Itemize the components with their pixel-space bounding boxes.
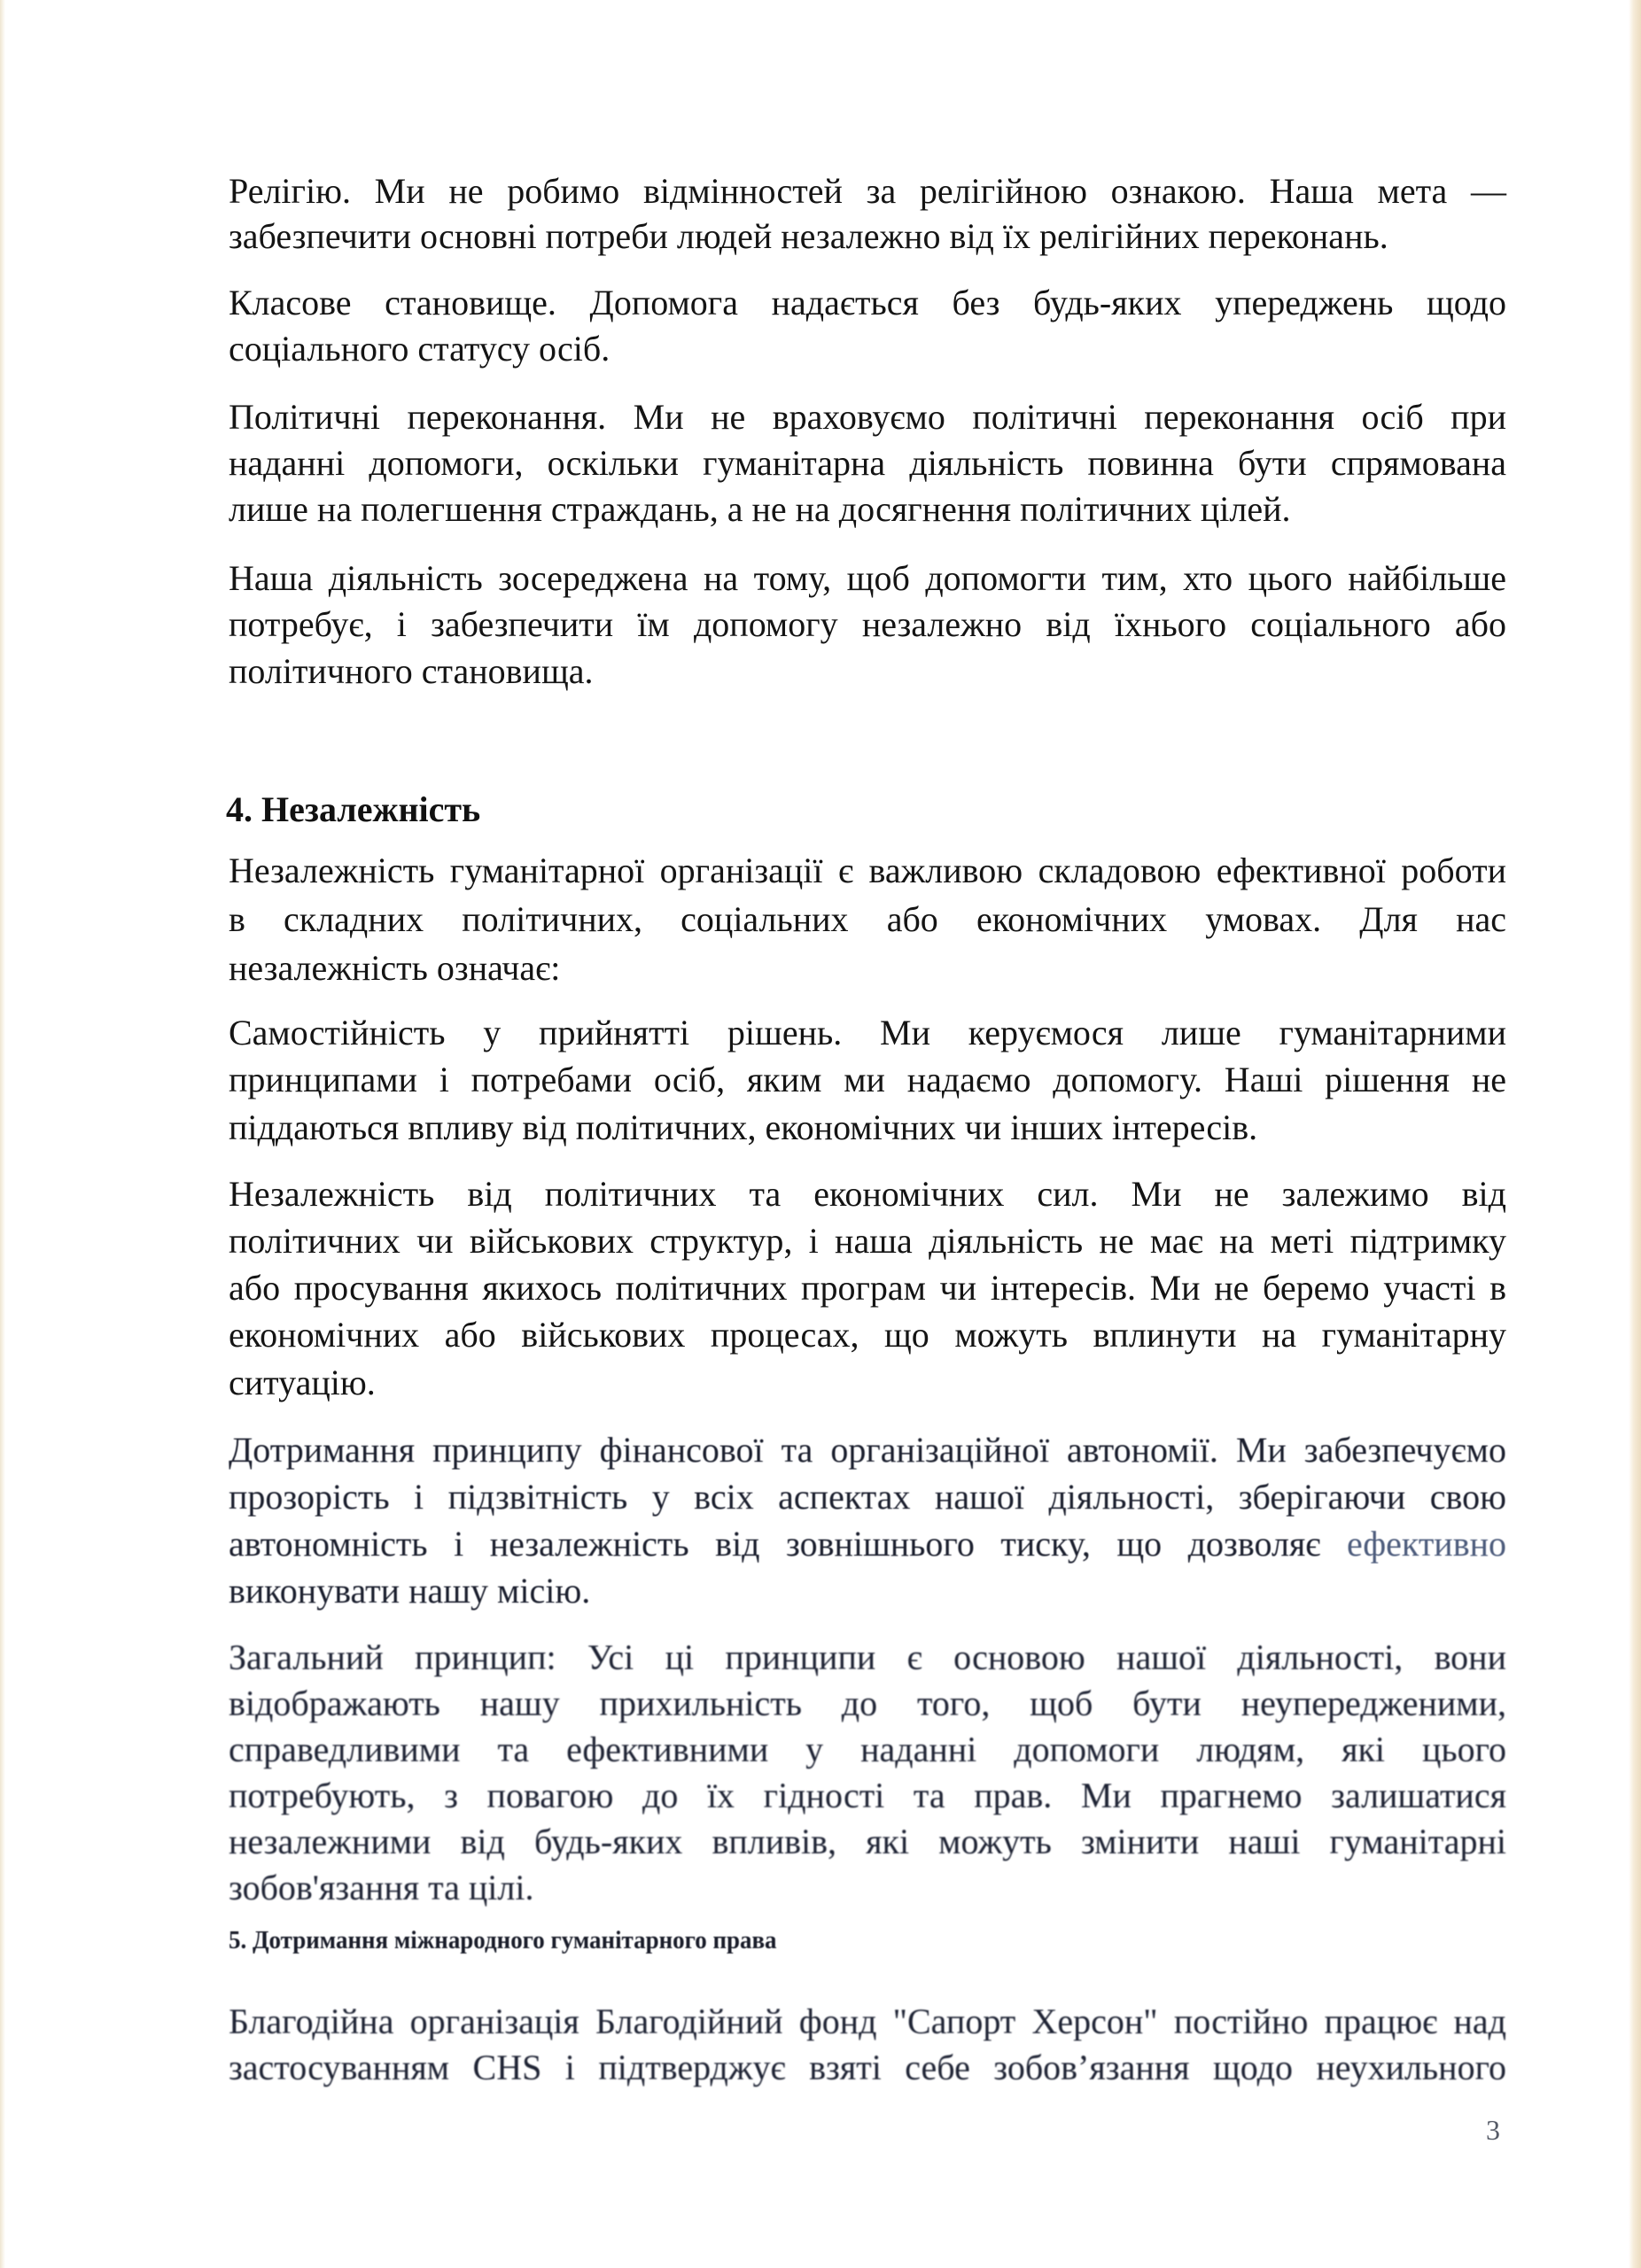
general-principle-line: Загальний принцип: Усі ці принципи є осн… <box>229 1640 1506 1675</box>
independence-forces-line: Незалежність від політичних та економічн… <box>229 1177 1506 1212</box>
section-4-intro-line: незалежність означає: <box>229 951 1506 986</box>
financial-autonomy-line: прозорість і підзвітність у всіх аспекта… <box>229 1480 1506 1515</box>
section-5-body-line: Благодійна організація Благодійний фонд … <box>229 2004 1506 2039</box>
paragraph-focus-line: політичного становища. <box>229 654 1506 689</box>
general-principle-line: відображають нашу прихильність до того, … <box>229 1686 1506 1721</box>
independence-forces-line: ситуацію. <box>229 1365 1506 1401</box>
general-principle-line: справедливими та ефективними у наданні д… <box>229 1732 1506 1767</box>
section-5-heading: 5. Дотримання міжнародного гуманітарного… <box>229 1928 777 1953</box>
paragraph-religion-line: Релігію. Ми не робимо відмінностей за ре… <box>229 174 1506 209</box>
paragraph-class-line: Класове становище. Допомога надається бе… <box>229 285 1506 321</box>
section-4-intro-line: в складних політичних, соціальних або ек… <box>229 902 1506 937</box>
paragraph-political-line: лише на полегшення страждань, а не на до… <box>229 492 1506 527</box>
paragraph-political-line: наданні допомоги, оскільки гуманітарна д… <box>229 446 1506 481</box>
financial-autonomy-text: автономність і незалежність від зовнішнь… <box>229 1524 1347 1564</box>
financial-autonomy-tinted-word: ефективно <box>1347 1524 1506 1564</box>
page-number: 3 <box>1486 2116 1500 2144</box>
financial-autonomy-line: автономність і незалежність від зовнішнь… <box>229 1526 1506 1562</box>
autonomy-line: піддаються впливу від політичних, економ… <box>229 1110 1506 1146</box>
financial-autonomy-line: виконувати нашу місію. <box>229 1573 1506 1609</box>
section-4-intro-line: Незалежність гуманітарної організації є … <box>229 853 1506 889</box>
paragraph-political-line: Політичні переконання. Ми не враховуємо … <box>229 400 1506 435</box>
general-principle-line: незалежними від будь-яких впливів, які м… <box>229 1824 1506 1860</box>
paragraph-focus-line: потребує, і забезпечити їм допомогу неза… <box>229 607 1506 642</box>
document-page: Релігію. Ми не робимо відмінностей за ре… <box>0 0 1641 2268</box>
paragraph-religion-line: забезпечити основні потреби людей незале… <box>229 219 1506 254</box>
general-principle-line: потребують, з повагою до їх гідності та … <box>229 1778 1506 1814</box>
autonomy-line: принципами і потребами осіб, яким ми над… <box>229 1062 1506 1098</box>
independence-forces-line: політичних чи військових структур, і наш… <box>229 1223 1506 1259</box>
financial-autonomy-line: Дотримання принципу фінансової та органі… <box>229 1433 1506 1468</box>
paragraph-class-line: соціального статусу осіб. <box>229 331 1506 367</box>
general-principle-line: зобов'язання та цілі. <box>229 1870 1506 1906</box>
section-5-body-line: застосуванням CHS і підтверджує взяті се… <box>229 2050 1506 2085</box>
independence-forces-line: або просування якихось політичних програ… <box>229 1270 1506 1306</box>
section-4-heading: 4. Незалежність <box>226 792 480 827</box>
paragraph-focus-line: Наша діяльність зосереджена на тому, щоб… <box>229 561 1506 596</box>
independence-forces-line: економічних або військових процесах, що … <box>229 1317 1506 1353</box>
autonomy-line: Самостійність у прийнятті рішень. Ми кер… <box>229 1015 1506 1051</box>
